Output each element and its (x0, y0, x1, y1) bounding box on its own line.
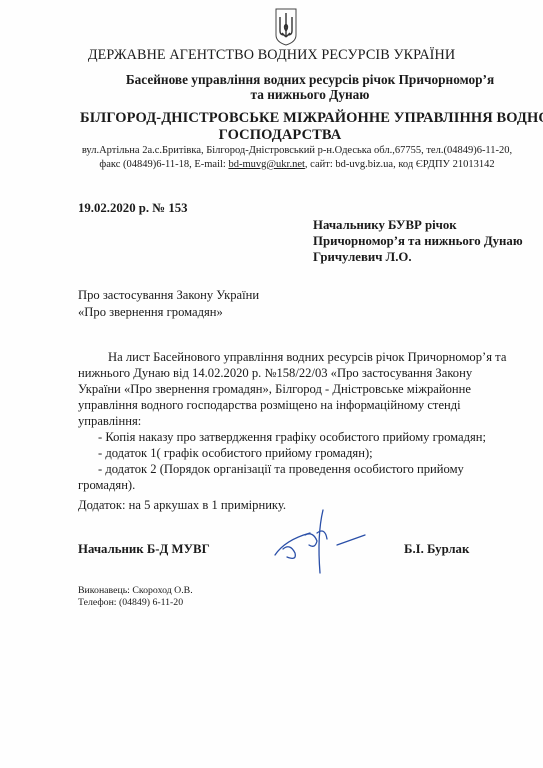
body-line: На лист Басейнового управління водних ре… (108, 350, 506, 365)
agency-name: ДЕРЖАВНЕ АГЕНТСТВО ВОДНИХ РЕСУРСІВ УКРАЇ… (0, 47, 543, 64)
office-name-line2: ГОСПОДАРСТВА (80, 127, 480, 144)
body-line: України «Про звернення громадян», Білгор… (78, 382, 471, 397)
signatory-title: Начальник Б-Д МУВГ (78, 542, 210, 557)
executor-name: Виконавець: Скороход О.В. (78, 585, 193, 596)
body-line: управління: (78, 414, 141, 429)
list-item-continuation: громадян). (78, 478, 135, 493)
date-and-number: 19.02.2020 р. № 153 (78, 201, 188, 216)
addressee-line2: Причорномор’я та нижнього Дунаю (313, 234, 523, 249)
site-and-code: , сайт: bd-uvg.biz.ua, код ЄРДПУ 2101314… (305, 159, 495, 170)
basin-authority-line1: Басейнове управління водних ресурсів річ… (120, 72, 500, 88)
office-name-line1: БІЛГОРОД-ДНІСТРОВСЬКЕ МІЖРАЙОННЕ УПРАВЛІ… (80, 110, 480, 127)
fax-label: факс (04849)6-11-18, E-mail: (99, 159, 228, 170)
email-link[interactable]: bd-muvg@ukr.net (228, 159, 304, 170)
attachment-note: Додаток: на 5 аркушах в 1 примірнику. (78, 498, 286, 513)
contacts-address: вул.Артільна 2а.с.Бритівка, Білгород-Дні… (63, 145, 531, 156)
body-line: нижнього Дунаю від 14.02.2020 р. №158/22… (78, 366, 472, 381)
body-line: управління водного господарства розміщен… (78, 398, 461, 413)
subject-line1: Про застосування Закону України (78, 288, 259, 303)
handwritten-signature-icon (265, 505, 375, 575)
letter-page: ДЕРЖАВНЕ АГЕНТСТВО ВОДНИХ РЕСУРСІВ УКРАЇ… (0, 0, 543, 768)
executor-phone: Телефон: (04849) 6-11-20 (78, 597, 183, 608)
list-item: - додаток 1( графік особистого прийому г… (98, 446, 373, 461)
list-item: - Копія наказу про затвердження графіку … (98, 430, 486, 445)
signatory-name: Б.І. Бурлак (404, 542, 469, 557)
list-item: - додаток 2 (Порядок організації та пров… (98, 462, 464, 477)
contacts-fax-email: факс (04849)6-11-18, E-mail: bd-muvg@ukr… (63, 159, 531, 170)
trident-emblem-icon (273, 7, 299, 47)
addressee-line1: Начальнику БУВР річок (313, 218, 457, 233)
subject-line2: «Про звернення громадян» (78, 305, 223, 320)
basin-authority-line2: та нижнього Дунаю (120, 87, 500, 103)
addressee-line3: Гричулевич Л.О. (313, 250, 412, 265)
